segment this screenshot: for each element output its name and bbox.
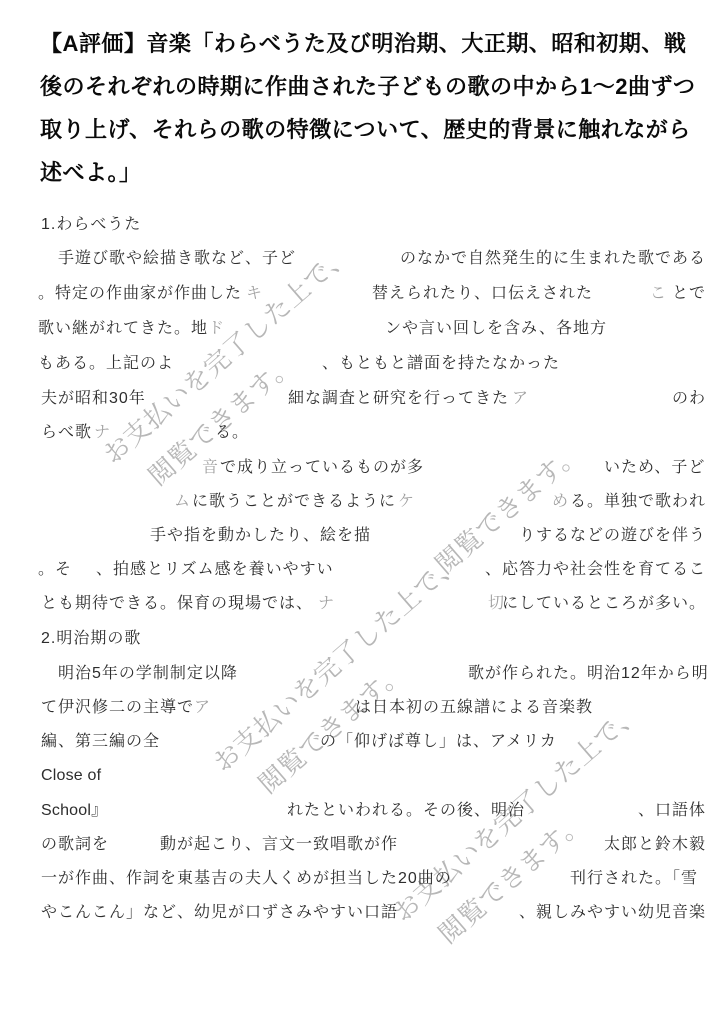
body-text-fragment: 歌い継がれてきた。地 [38,318,208,339]
body-text-fragment: 一が作曲、作詞を東基吉の夫人くめが担当した20曲の [41,868,452,889]
body-text-fragment: 刊行された。「雪 [570,868,698,889]
body-text-fragment: りするなどの遊びを伴う [519,525,706,546]
body-text-fragment: 手遊び歌や絵描き歌など、子ど [58,248,296,269]
body-text-partial-glyph: ム [174,491,191,512]
body-text-fragment: 明治5年の学制制定以降 [58,663,238,684]
body-text-partial-glyph: ア [194,697,211,718]
document-page: 【A評価】音楽「わらべうた及び明治期、大正期、昭和初期、戦後のそれぞれの時期に作… [0,0,724,1024]
body-text-partial-glyph: め [552,491,569,512]
body-text-partial-glyph: ア [512,388,529,409]
body-text-fragment: とも期待できる。保育の現場では、 [41,593,313,614]
title-line-4: 述べよ。」 [40,151,700,194]
body-text-fragment: 動が起こり、言文一致唱歌が作 [160,834,398,855]
body-text-fragment: れたといわれる。その後、明治 [287,800,525,821]
body-text-fragment: らべ歌 [41,422,92,443]
body-text-fragment: 。そ [38,559,72,580]
body-text-partial-glyph: ナ [94,422,111,443]
body-text-fragment: 2.明治期の歌 [41,628,141,649]
body-text-fragment: ンや言い回しを含み、各地方 [385,318,607,339]
body-text-partial-glyph: ケ [398,491,415,512]
body-text-fragment: いため、子ど [604,457,705,478]
body-text-partial-glyph: こ [650,283,667,304]
body-text-fragment: 編、第三編の全 [41,731,160,752]
body-text-fragment: 。特定の作曲家が作曲した [38,283,242,304]
body-text-fragment: 、もともと譜面を持たなかった [322,353,560,374]
body-text-fragment: やこんこん」など、幼児が口ずさみやすい口語 [41,902,398,923]
body-text-fragment: に歌うことができるように [192,491,396,512]
body-text-fragment: のなかで自然発生的に生まれた歌である [400,248,706,269]
title-line-1: 【A評価】音楽「わらべうた及び明治期、大正期、昭和初期、戦 [40,22,700,65]
body-text-partial-glyph: ナ [318,593,335,614]
body-text-fragment: にしているところが多い。 [502,593,706,614]
payment-watermark: お支払いを完了した上で、閲覧できます。 [202,541,502,819]
body-text-fragment: 夫が昭和30年 [41,388,146,409]
body-text-fragment: School』 [41,800,107,821]
body-text-fragment: る。単独で歌われ [570,491,706,512]
body-text-fragment: 、口語体 [638,800,706,821]
body-text-fragment: Close of [41,765,101,786]
body-text-partial-glyph: 音 [202,457,219,478]
body-text-fragment: 歌が作られた。明治12年から明 [468,663,709,684]
body-text-partial-glyph: ド [208,318,225,339]
body-text-fragment: 細な調査と研究を行ってきた [288,388,509,409]
body-text-fragment: とで [672,283,706,304]
body-text-fragment: 太郎と鈴木毅 [604,834,706,855]
body-text-fragment: の歌詞を [41,834,109,855]
title-line-2: 後のそれぞれの時期に作曲された子どもの歌の中から1〜2曲ずつ [40,65,700,108]
body-text-fragment: で成り立っているものが多 [220,457,424,478]
body-text-fragment: 、応答力や社会性を育てるこ [485,559,706,580]
body-text-fragment: のわ [672,388,706,409]
body-text-fragment: 手や指を動かしたり、絵を描 [150,525,371,546]
body-text-fragment: もある。上記のよ [38,353,174,374]
body-text-fragment: て伊沢修二の主導で [41,697,194,718]
document-title: 【A評価】音楽「わらべうた及び明治期、大正期、昭和初期、戦後のそれぞれの時期に作… [40,22,700,194]
body-text-partial-glyph: キ [246,283,263,304]
body-text-fragment: 、拍感とリズム感を養いやすい [96,559,334,580]
body-text-fragment: る。 [215,422,249,443]
body-text-fragment: 替えられたり、口伝えされた [372,283,593,304]
body-text-fragment: 1.わらべうた [41,214,141,235]
body-text-fragment: は日本初の五線譜による音楽教 [355,697,593,718]
title-line-3: 取り上げ、それらの歌の特徴について、歴史的背景に触れながら [40,108,700,151]
body-text-fragment: 、親しみやすい幼児音楽 [519,902,706,923]
body-text-fragment: の「仰げば尊し」は、アメリカ [320,731,557,752]
